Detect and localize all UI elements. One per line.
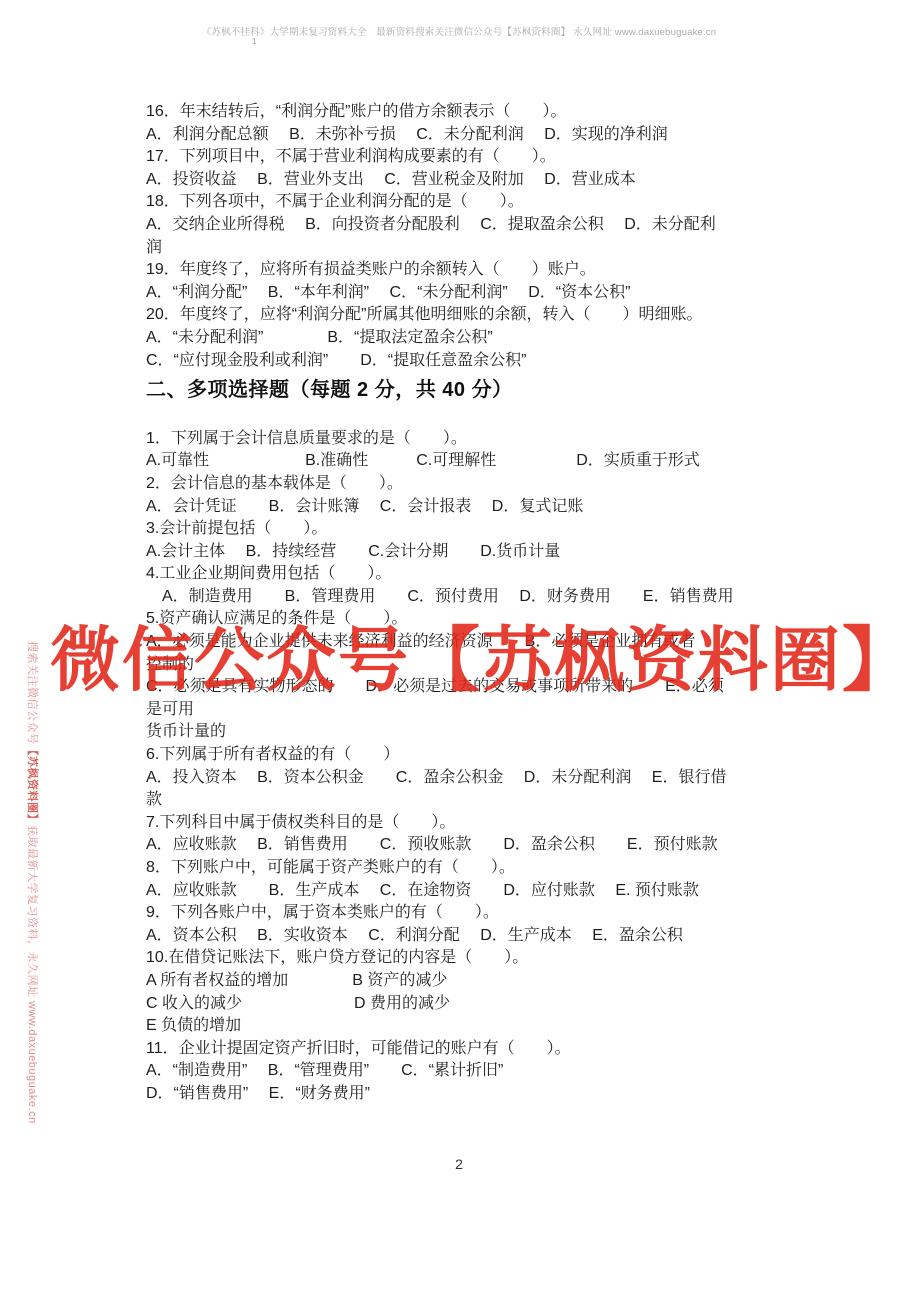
text-line: 是可用 — [146, 699, 794, 722]
text-line: 11．企业计提固定资产折旧时，可能借记的账户有（ ）。 — [146, 1038, 794, 1061]
text-line: 17．下列项目中，不属于营业利润构成要素的有（ ）。 — [146, 146, 794, 169]
section-heading-multiple-choice: 二、多项选择题（每题 2 分，共 40 分） — [146, 379, 794, 402]
text-line: 10.在借贷记账法下，账户贷方登记的内容是（ ）。 — [146, 947, 794, 970]
red-watermark-vertical: 搜索关注微信公众号【苏枫资料圈】获取最新大学复习资料，永久网址 www.daxu… — [25, 641, 41, 1124]
page-header-text: 《苏枫不挂科》大学期末复习资料大全 最新资料搜索关注微信公众号【苏枫资料圈】 永… — [0, 24, 918, 38]
text-line: 润 — [146, 237, 794, 260]
text-line: A．应收账款 B．销售费用 C．预收账款 D．盈余公积 E．预付账款 — [146, 834, 794, 857]
text-line: A．制造费用 B．管理费用 C．预付费用 D．财务费用 E．销售费用 — [146, 586, 794, 609]
text-line: A．“未分配利润” B．“提取法定盈余公积” — [146, 327, 794, 350]
text-line: A．投入资本 B．资本公积金 C．盈余公积金 D．未分配利润 E．银行借 — [146, 767, 794, 790]
text-line: C 收入的减少 D 费用的减少 — [146, 993, 794, 1016]
text-line: A．交纳企业所得税 B．向投资者分配股利 C．提取盈余公积 D．未分配利 — [146, 214, 794, 237]
watermark-vertical-highlight: 【苏枫资料圈】 — [26, 745, 38, 826]
watermark-vertical-prefix: 搜索关注微信公众号 — [26, 641, 38, 745]
page-number: 2 — [0, 1156, 918, 1172]
exam-body: 16．年末结转后，“利润分配”账户的借方余额表示（ ）。A．利润分配总额 B．未… — [146, 101, 794, 1106]
text-line: 7.下列科目中属于债权类科目的是（ ）。 — [146, 812, 794, 835]
text-line: A.会计主体 B．持续经营 C.会计分期 D.货币计量 — [146, 541, 794, 564]
text-line: A．利润分配总额 B．未弥补亏损 C．未分配利润 D．实现的净利润 — [146, 124, 794, 147]
text-line: 3.会计前提包括（ ）。 — [146, 518, 794, 541]
text-line: A．“利润分配” B．“本年利润” C．“未分配利润” D．“资本公积” — [146, 282, 794, 305]
text-line: A．资本公积 B．实收资本 C．利润分配 D．生产成本 E．盈余公积 — [146, 925, 794, 948]
text-line: A．投资收益 B．营业外支出 C．营业税金及附加 D．营业成本 — [146, 169, 794, 192]
header-footnote-mark: 1 — [252, 37, 256, 46]
text-line: A．“制造费用” B．“管理费用” C．“累计折旧” — [146, 1060, 794, 1083]
multiple-choice-questions-block: 1．下列属于会计信息质量要求的是（ ）。A.可靠性 B.准确性 C.可理解性 D… — [146, 428, 794, 1106]
text-line: 8．下列账户中，可能属于资产类账户的有（ ）。 — [146, 857, 794, 880]
text-line: D．“销售费用” E．“财务费用” — [146, 1083, 794, 1106]
text-line: 2．会计信息的基本载体是（ ）。 — [146, 473, 794, 496]
exam-page: 《苏枫不挂科》大学期末复习资料大全 最新资料搜索关注微信公众号【苏枫资料圈】 永… — [0, 0, 918, 1298]
text-line: A 所有者权益的增加 B 资产的减少 — [146, 970, 794, 993]
text-line: 款 — [146, 789, 794, 812]
text-line: 控制的 — [146, 654, 794, 677]
text-line: 1．下列属于会计信息质量要求的是（ ）。 — [146, 428, 794, 451]
text-line: 货币计量的 — [146, 721, 794, 744]
text-line: 19．年度终了，应将所有损益类账户的余额转入（ ）账户。 — [146, 259, 794, 282]
watermark-vertical-suffix: 获取最新大学复习资料，永久网址 www.daxuebuguake.cn — [26, 825, 38, 1124]
text-line: C．必须是具有实物形态的 D．必须是过去的交易或事项所带来的 E．必须 — [146, 676, 794, 699]
text-line: A．应收账款 B．生产成本 C．在途物资 D．应付账款 E. 预付账款 — [146, 880, 794, 903]
text-line: 20．年度终了，应将“利润分配”所属其他明细账的余额，转入（ ）明细账。 — [146, 304, 794, 327]
text-line: 6.下列属于所有者权益的有（ ） — [146, 744, 794, 767]
single-choice-questions-block: 16．年末结转后，“利润分配”账户的借方余额表示（ ）。A．利润分配总额 B．未… — [146, 101, 794, 372]
text-line: 18．下列各项中，不属于企业利润分配的是（ ）。 — [146, 191, 794, 214]
text-line: 16．年末结转后，“利润分配”账户的借方余额表示（ ）。 — [146, 101, 794, 124]
text-line: 5.资产确认应满足的条件是（ ）。 — [146, 608, 794, 631]
text-line: 9．下列各账户中，属于资本类账户的有（ ）。 — [146, 902, 794, 925]
text-line: E 负债的增加 — [146, 1015, 794, 1038]
text-line: C．“应付现金股利或利润” D．“提取任意盈余公积” — [146, 350, 794, 373]
text-line: A．会计凭证 B．会计账簿 C．会计报表 D．复式记账 — [146, 496, 794, 519]
text-line: A．必须是能为企业提供未来经济利益的经济资源 B．必须是企业拥有或者 — [146, 631, 794, 654]
text-line: A.可靠性 B.准确性 C.可理解性 D．实质重于形式 — [146, 450, 794, 473]
text-line: 4.工业企业期间费用包括（ ）。 — [146, 563, 794, 586]
